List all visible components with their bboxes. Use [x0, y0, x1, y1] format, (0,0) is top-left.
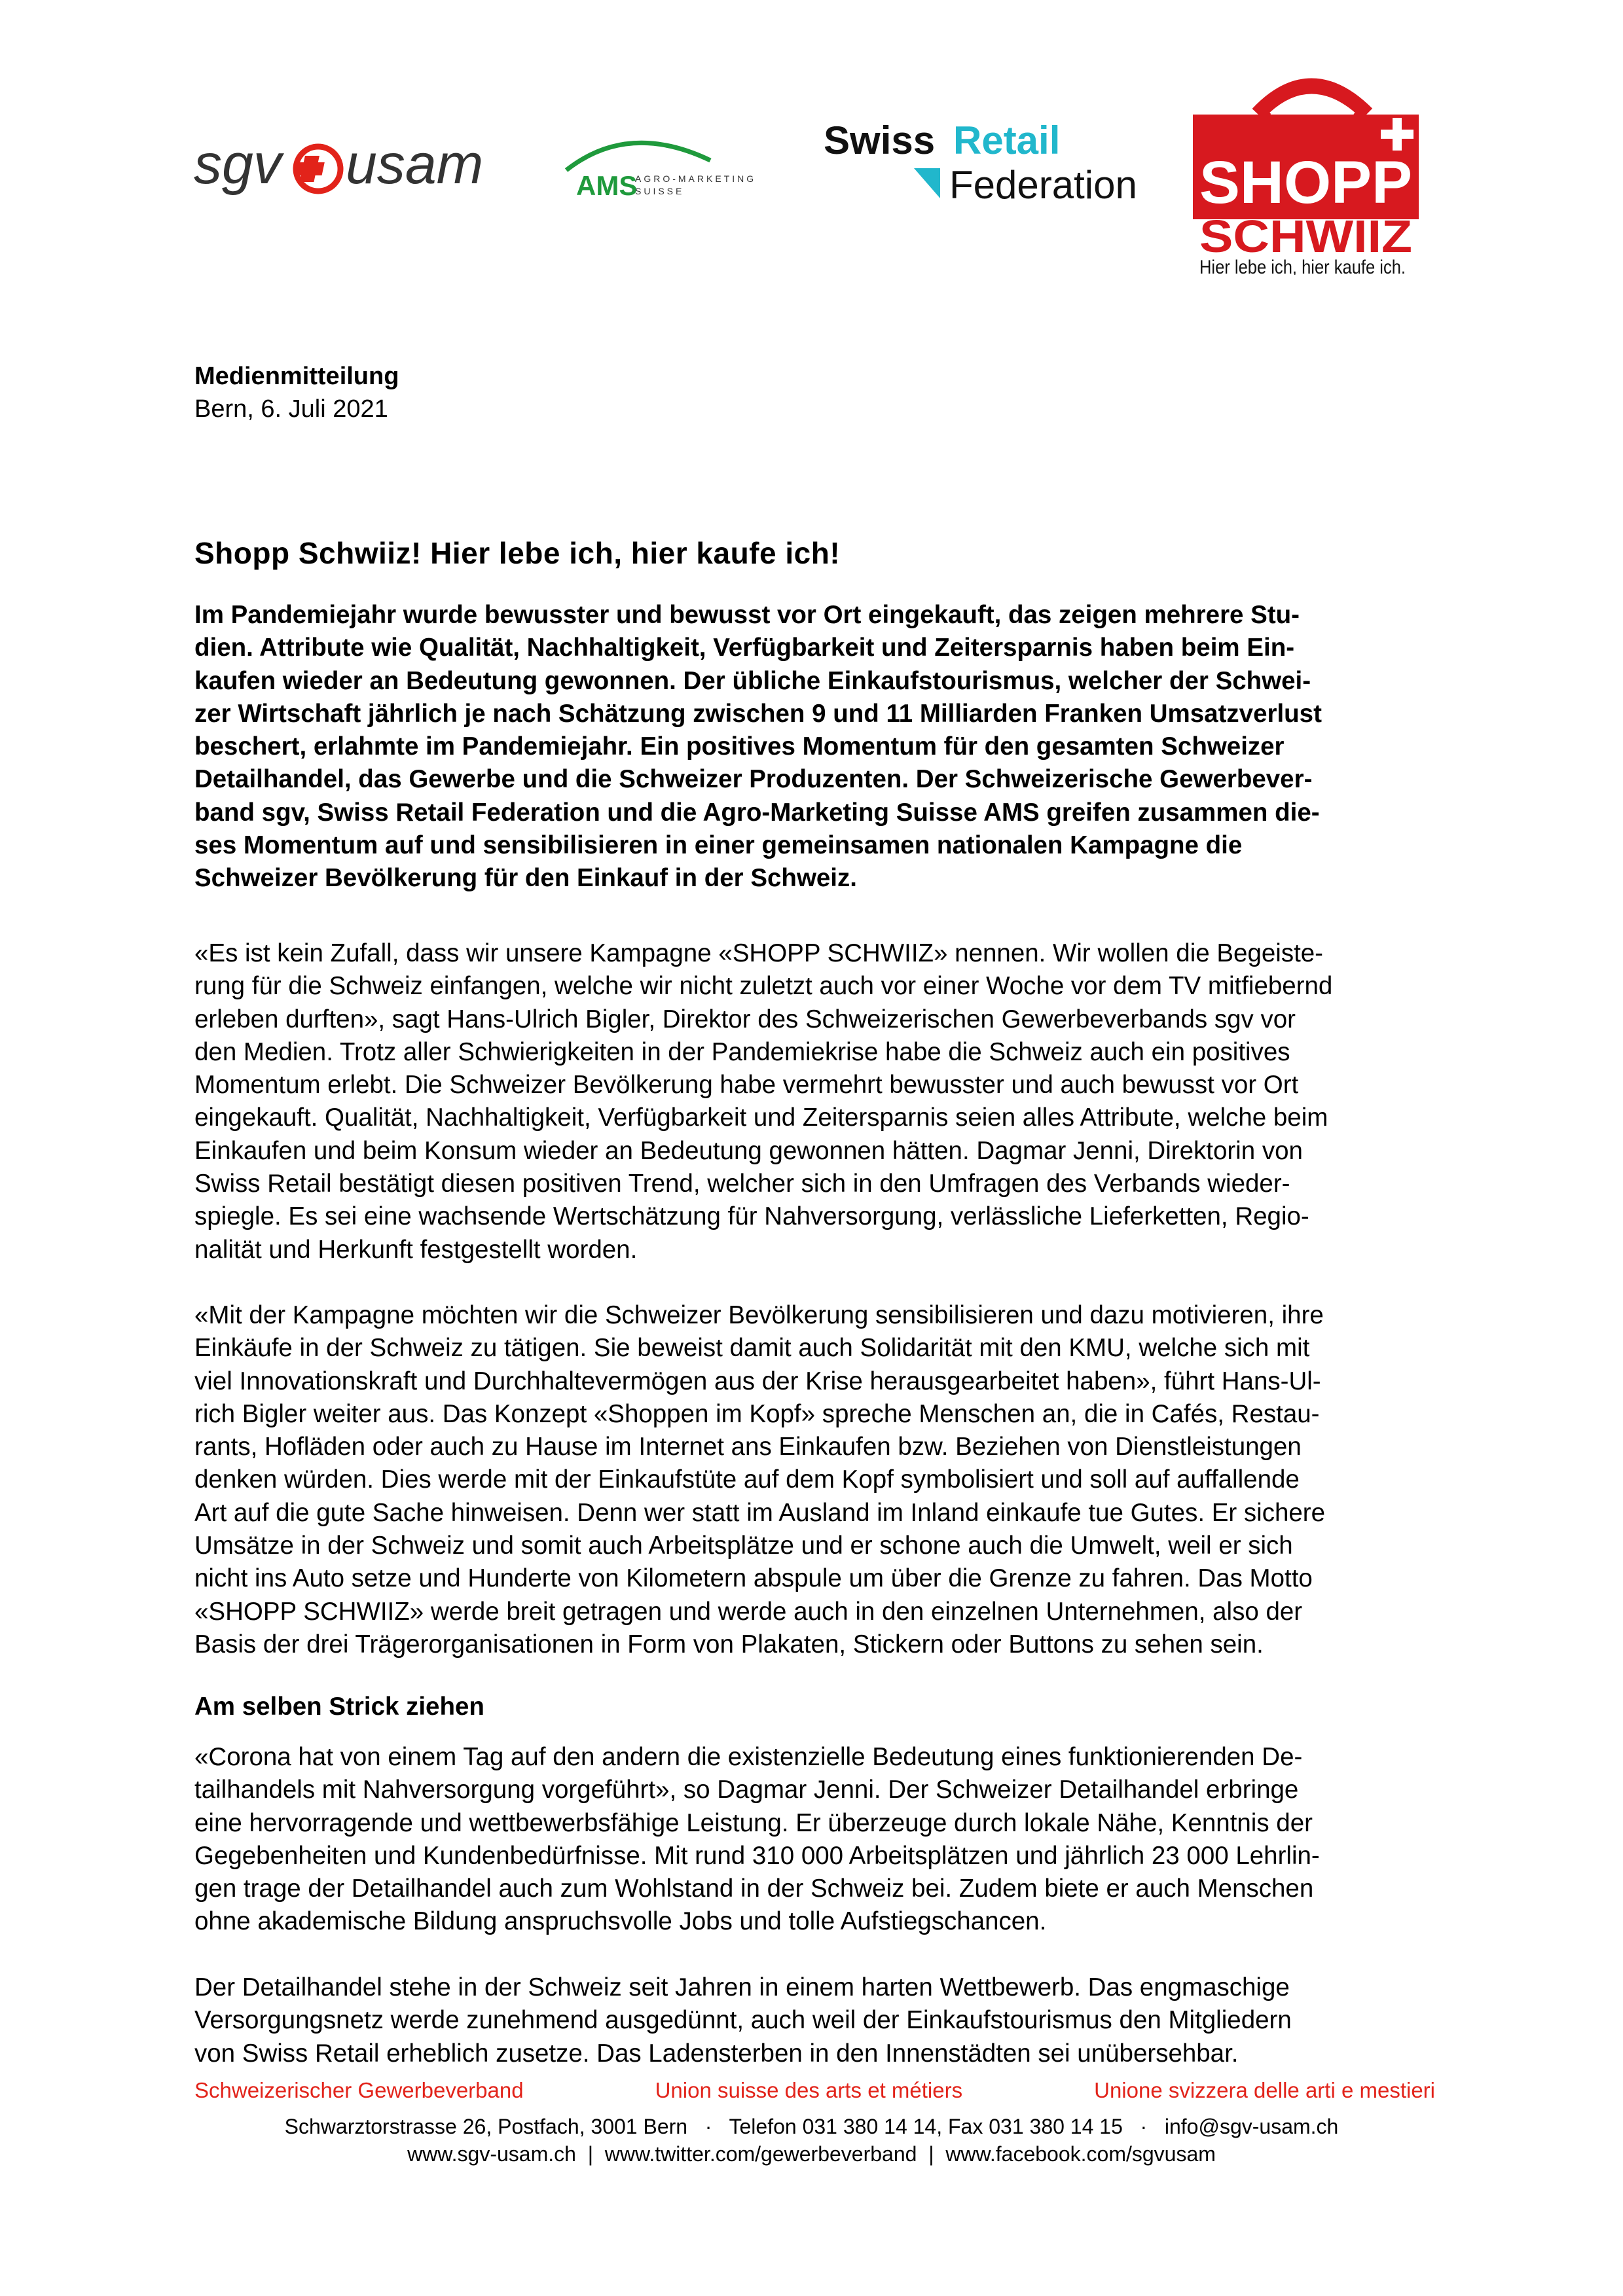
twitter-link[interactable]: www.twitter.com/gewerbeverband	[605, 2142, 917, 2166]
web-links: www.sgv-usam.ch | www.twitter.com/gewerb…	[0, 2140, 1623, 2168]
body-paragraph: Der Detailhandel stehe in der Schweiz se…	[194, 1971, 1438, 2070]
separator-dot: ·	[705, 2115, 712, 2138]
ams-arc-icon	[566, 143, 710, 170]
separator-bar: |	[588, 2142, 593, 2166]
svg-text:Federation: Federation	[949, 163, 1137, 207]
body-paragraph: «Es ist kein Zufall, dass wir unsere Kam…	[194, 937, 1438, 1266]
sgv-usam-logo: sgv usam	[194, 131, 508, 203]
swiss-cross-at-icon	[295, 147, 340, 191]
svg-text:Retail: Retail	[953, 118, 1060, 162]
ams-logo: AMS AGRO-MARKETING SUISSE	[563, 134, 773, 200]
svg-text:AGRO-MARKETING: AGRO-MARKETING	[635, 173, 756, 184]
triangle-icon	[914, 168, 940, 198]
swiss-retail-federation-logo: Swiss Retail Federation	[824, 115, 1177, 213]
body-paragraph: «Mit der Kampagne möchten wir die Schwei…	[194, 1299, 1438, 1661]
sgv-logo-text-left: sgv	[194, 133, 285, 196]
footer-contact: Schwarztorstrasse 26, Postfach, 3001 Ber…	[0, 2113, 1623, 2168]
website-link[interactable]: www.sgv-usam.ch	[407, 2142, 576, 2166]
svg-text:SUISSE: SUISSE	[635, 186, 684, 196]
phone-fax: Telefon 031 380 14 14, Fax 031 380 14 15	[729, 2115, 1123, 2138]
svg-text:AMS: AMS	[576, 170, 637, 200]
shopp-schwiiz-logo: SHOPP SCHWIIZ Hier lebe ich, hier kaufe …	[1193, 65, 1429, 275]
lead-paragraph: Im Pandemiejahr wurde bewusster und bewu…	[194, 599, 1438, 895]
email-link[interactable]: info@sgv-usam.ch	[1165, 2115, 1338, 2138]
org-name-de: Schweizerischer Gewerbeverband	[194, 2078, 524, 2103]
section-subheading: Am selben Strick ziehen	[194, 1691, 1438, 1723]
svg-text:SHOPP: SHOPP	[1199, 149, 1412, 216]
org-name-it: Unione svizzera delle arti e mestieri	[1094, 2078, 1435, 2103]
page-title: Shopp Schwiiz! Hier lebe ich, hier kaufe…	[194, 535, 840, 571]
svg-text:Swiss: Swiss	[824, 118, 935, 162]
footer-organizations: Schweizerischer Gewerbeverband Union sui…	[194, 2078, 1435, 2103]
svg-text:Hier lebe ich, hier kaufe ich.: Hier lebe ich, hier kaufe ich.	[1199, 257, 1406, 275]
contact-line: Schwarztorstrasse 26, Postfach, 3001 Ber…	[0, 2113, 1623, 2140]
sgv-logo-text-right: usam	[346, 133, 483, 196]
separator-bar: |	[928, 2142, 934, 2166]
document-type: Medienmitteilung	[194, 360, 399, 393]
document-meta: Medienmitteilung Bern, 6. Juli 2021	[194, 360, 399, 425]
facebook-link[interactable]: www.facebook.com/sgvusam	[945, 2142, 1216, 2166]
body-paragraph: «Corona hat von einem Tag auf den andern…	[194, 1741, 1438, 1939]
address: Schwarztorstrasse 26, Postfach, 3001 Ber…	[285, 2115, 687, 2138]
org-name-fr: Union suisse des arts et métiers	[655, 2078, 963, 2103]
separator-dot: ·	[1140, 2115, 1148, 2138]
svg-text:SCHWIIZ: SCHWIIZ	[1199, 211, 1412, 262]
place-date: Bern, 6. Juli 2021	[194, 393, 399, 425]
